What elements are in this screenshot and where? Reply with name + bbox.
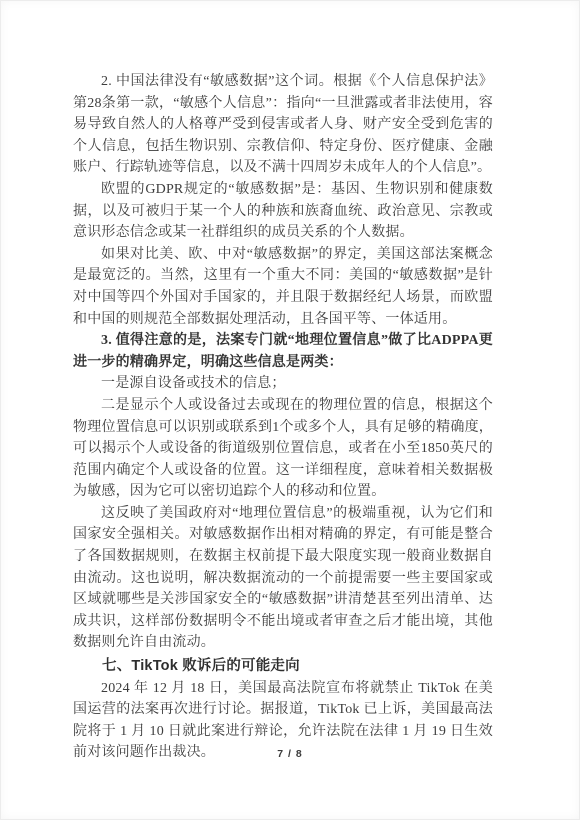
paragraph-geolocation-type-one: 一是源自设备或技术的信息； <box>73 373 493 395</box>
paragraph-geolocation-type-two: 二是显示个人或设备过去或现在的物理位置的信息，根据这个物理位置信息可以识别或联系… <box>73 395 493 503</box>
paragraph-geolocation-definition-intro: 3. 值得注意的是，法案专门就“地理位置信息”做了比ADPPA更进一步的精确界定… <box>73 330 493 373</box>
page-number: 7 / 8 <box>1 748 579 760</box>
document-page: 2. 中国法律没有“敏感数据”这个词。根据《个人信息保护法》第28条第一款，“敏… <box>0 0 580 820</box>
section-heading-tiktok-outlook: 七、TikTok 败诉后的可能走向 <box>73 656 493 678</box>
paragraph-gdpr-sensitive-data: 欧盟的GDPR规定的“敏感数据”是：基因、生物识别和健康数据，以及可被归于某一个… <box>73 179 493 244</box>
document-body-text: 2. 中国法律没有“敏感数据”这个词。根据《个人信息保护法》第28条第一款，“敏… <box>73 71 493 764</box>
paragraph-us-eu-china-comparison: 如果对比美、欧、中对“敏感数据”的界定，美国这部法案概念是最宽泛的。当然，这里有… <box>73 244 493 330</box>
paragraph-china-sensitive-data: 2. 中国法律没有“敏感数据”这个词。根据《个人信息保护法》第28条第一款，“敏… <box>73 71 493 179</box>
paragraph-us-government-view: 这反映了美国政府对“地理位置信息”的极端重视，认为它们和国家安全强相关。对敏感数… <box>73 503 493 654</box>
